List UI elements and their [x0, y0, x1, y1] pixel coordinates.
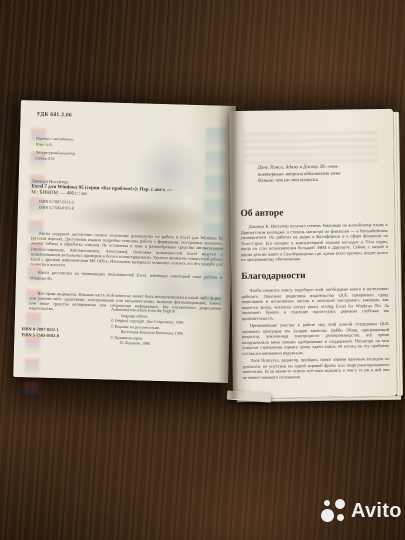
isbn-top-block: ISBN 0-7897-0112-2ISBN 5-7503-0102-8 — [39, 199, 74, 212]
avito-logo-circle — [335, 499, 345, 509]
acknowledgements-paragraph: Чтобы написать книгу, подобную этой, нео… — [241, 286, 388, 321]
acknowledgements-block: Чтобы написать книгу, подобную этой, нео… — [241, 286, 389, 382]
dedication-text: Дану, Нэнси, Адаму и Джону. Их «ком-пьют… — [258, 164, 382, 186]
avito-watermark: Avito — [321, 499, 402, 523]
avito-logo-circle — [337, 514, 344, 521]
book-spine — [218, 103, 246, 399]
avito-logo-circle — [321, 509, 334, 522]
avito-logo-circle — [324, 500, 330, 506]
acknowledgements-paragraph: Лиза Португал, редактор, пройдясь своим … — [242, 356, 389, 380]
annotation-block: Книга содержит достаточно полное изложен… — [29, 230, 223, 319]
copyright-block: Authorized translation from the Englishl… — [110, 307, 184, 348]
right-page: Дану, Нэнси, Адаму и Джону. Их «ком-пьют… — [229, 109, 397, 398]
avito-logo-icon — [321, 499, 345, 523]
avito-brand-text: Avito — [351, 500, 402, 523]
book-photo: УДК 681.3.06 Перевод с английскогоПлис А… — [0, 0, 405, 540]
acknowledgements-paragraph: Принимавшие участие в работе над этой кн… — [242, 321, 389, 356]
udc-code: УДК 681.3.06 — [36, 111, 72, 118]
acknowledgements-heading: Благодарности — [241, 271, 305, 282]
audience-text: Книга рассчитана на начинающих пользоват… — [30, 270, 222, 286]
annotation-text: Книга содержит достаточно полное изложен… — [30, 230, 223, 272]
isbn-bottom-block: ISBN 0-7897-0111-1ISBN 5-7503-0102-8 — [21, 326, 59, 340]
about-author-text: Джошуа К. Носситер получил степень бакал… — [241, 222, 389, 263]
showthrough-ghost — [243, 131, 377, 165]
left-page: УДК 681.3.06 Перевод с английскогоПлис А… — [13, 100, 236, 383]
about-author-heading: Об авторе — [240, 208, 283, 219]
credits-block: Перевод с английскогоПлис А.В.Литературн… — [35, 136, 75, 165]
author-name: Джошуа Носситер — [32, 178, 68, 184]
